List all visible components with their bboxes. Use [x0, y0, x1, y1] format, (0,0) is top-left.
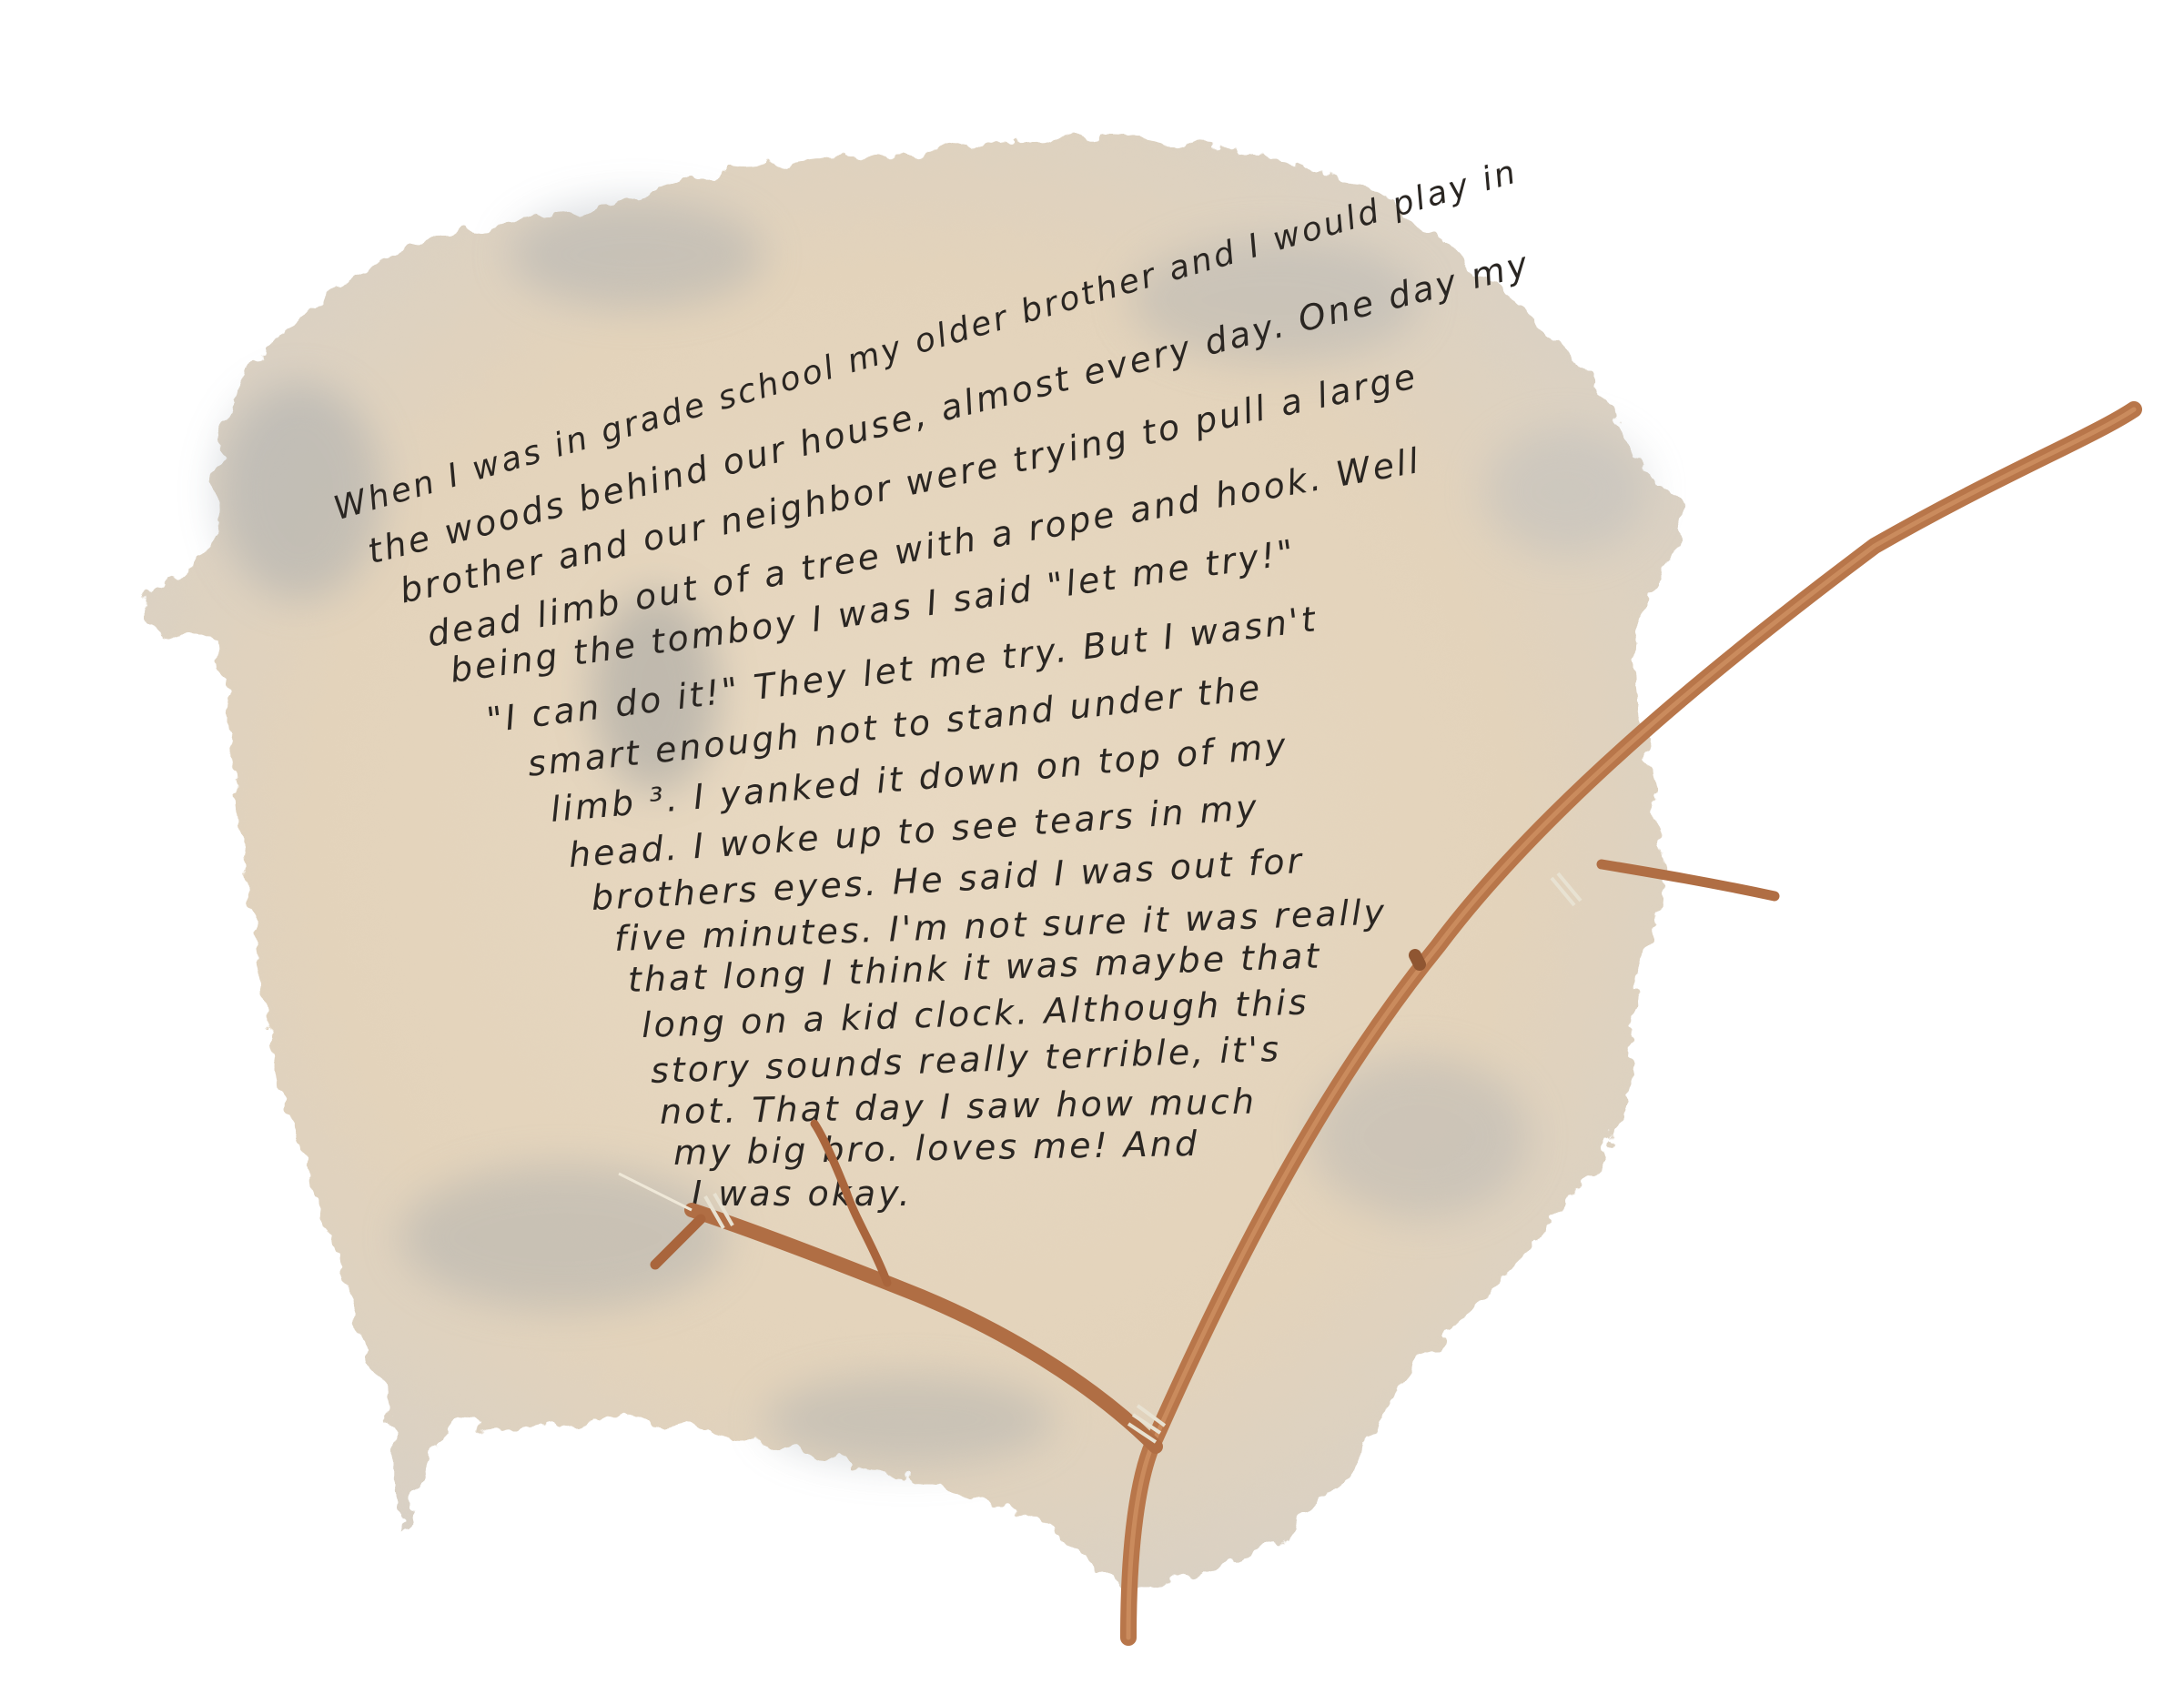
- artwork-canvas: When I was in grade school my older brot…: [0, 0, 2184, 1684]
- handmade-paper-sheet: [0, 0, 2184, 1684]
